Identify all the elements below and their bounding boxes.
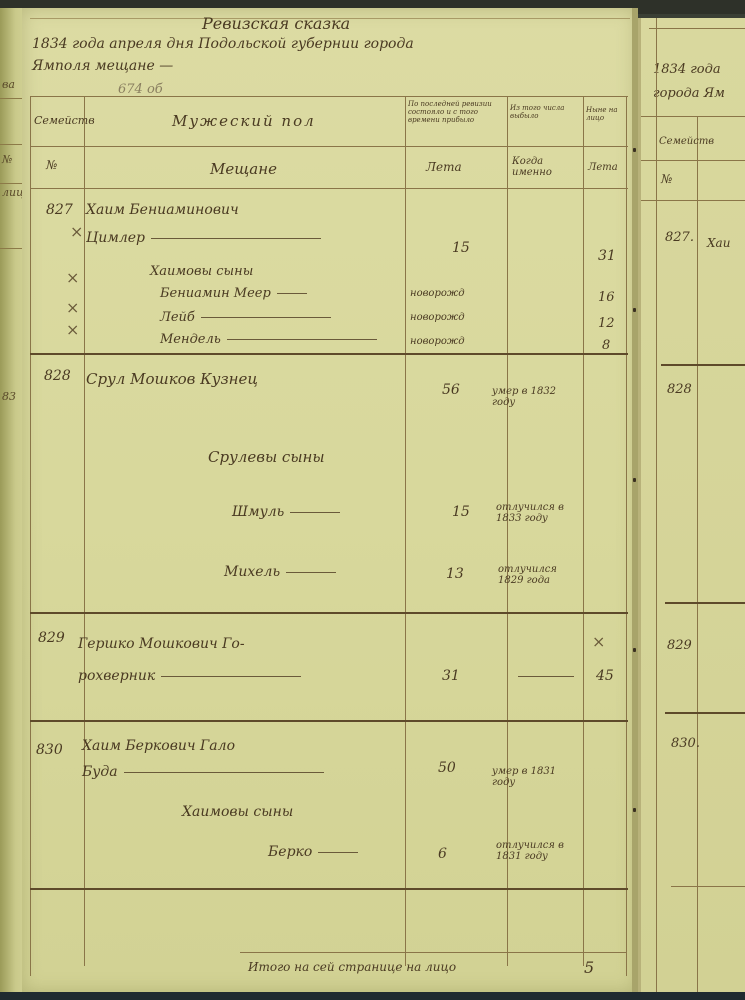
age-prev: новорожд — [410, 312, 465, 323]
facing-col-number: № — [661, 172, 672, 186]
entry-separator — [665, 602, 745, 604]
entry-name: Цимлер — [86, 230, 321, 246]
entry-name: Буда — [82, 764, 324, 780]
check-mark-icon: × — [66, 320, 79, 339]
age-now: 31 — [598, 248, 616, 264]
header-mid-rule — [30, 146, 628, 147]
column-rule — [84, 96, 85, 966]
header-estate: Ямполя мещане — — [32, 58, 173, 74]
binding-stitch — [633, 648, 636, 652]
facing-entry-number: 827. — [665, 230, 694, 245]
departed-note: отлучился в 1831 году — [496, 840, 576, 862]
age-prev: 15 — [452, 504, 470, 520]
entry-number: 830 — [36, 742, 63, 758]
column-rule — [583, 96, 584, 966]
rule-line — [649, 28, 745, 29]
entry-subheading: Срулевы сыны — [208, 448, 325, 466]
check-mark-icon: × — [70, 222, 83, 241]
col-header-townsmen: Мещане — [210, 160, 277, 178]
facing-entry-number: 830. — [671, 736, 700, 751]
entry-name: рохверник — [78, 668, 301, 684]
col-header-family: Семейств — [34, 114, 95, 127]
entry-name: Лейб — [160, 310, 331, 325]
entry-separator — [30, 612, 628, 614]
facing-header-line2: города Ям — [653, 86, 725, 101]
rule-line — [671, 886, 745, 887]
left-page-fragment: 83 — [2, 390, 16, 403]
entry-number: 829 — [38, 630, 65, 646]
entry-name: Бениамин Меер — [160, 286, 307, 301]
entry-separator — [30, 353, 628, 355]
column-rule — [405, 96, 406, 966]
rule-line — [641, 160, 745, 161]
entry-separator — [30, 720, 628, 722]
left-page-fragment: ва — [2, 78, 15, 91]
footer-total-label: Итого на сей странице на лицо — [248, 960, 456, 974]
entry-name: Гершко Мошкович Го- — [78, 636, 245, 652]
entry-name: Шмуль — [232, 504, 340, 520]
age-prev: 56 — [442, 382, 460, 398]
left-page-fragment: лиц — [2, 186, 24, 199]
age-prev: 15 — [452, 240, 470, 256]
entry-name: Хаим Бениаминович — [86, 202, 239, 218]
entry-subheading: Хаимовы сыны — [182, 804, 293, 820]
check-mark-icon: × — [66, 298, 79, 317]
age-now: 16 — [598, 290, 615, 305]
age-prev: новорожд — [410, 336, 465, 347]
archive-folio-number: 674 об — [118, 82, 163, 97]
col-header-departed: Из того числа выбыло — [510, 104, 582, 120]
entry-separator — [661, 364, 745, 366]
col-header-present: Ныне на лицо — [586, 106, 626, 122]
age-prev: 13 — [446, 566, 464, 582]
departed-note: отлучился 1829 года — [498, 564, 578, 586]
col-header-prev-revision: По последней ревизии состояло и с того в… — [408, 100, 506, 124]
age-now: 12 — [598, 316, 615, 331]
col-header-when: Когда именно — [512, 156, 582, 178]
check-mark-icon: × — [592, 632, 605, 651]
document-title: Ревизская сказка — [202, 14, 350, 33]
age-prev: 50 — [438, 760, 456, 776]
entry-subheading: Хаимовы сыны — [150, 264, 253, 279]
entry-separator — [30, 888, 628, 890]
scan-background-bottom — [0, 992, 745, 1000]
entry-number: 827 — [46, 202, 73, 218]
facing-entry-name-fragment: Хаи — [707, 236, 730, 250]
footer-total-value: 5 — [584, 958, 594, 977]
facing-entry-number: 829 — [667, 638, 692, 653]
entry-name: Хаим Беркович Гало — [82, 738, 235, 754]
header-bottom-rule — [30, 188, 628, 189]
age-now: 8 — [602, 338, 610, 353]
binding-stitch — [633, 808, 636, 812]
column-rule — [626, 96, 627, 976]
binding-stitch — [633, 478, 636, 482]
column-rule — [30, 96, 31, 976]
departed-note: умер в 1832 году — [492, 386, 572, 408]
column-rule — [507, 96, 508, 966]
age-prev: 6 — [438, 846, 447, 862]
check-mark-icon: × — [66, 268, 79, 287]
binding-stitch — [633, 308, 636, 312]
entry-separator — [665, 712, 745, 714]
column-rule — [697, 116, 698, 992]
entry-name: Берко — [268, 844, 358, 860]
entry-name: Мендель — [160, 332, 377, 347]
departed-note: умер в 1831 году — [492, 766, 572, 788]
entry-name: Срул Мошков Кузнец — [86, 370, 258, 388]
age-prev: 31 — [442, 668, 460, 684]
header-top-rule — [30, 96, 628, 97]
facing-page: 1834 года города Ям Семейств № 827. Хаи … — [638, 18, 745, 992]
facing-header-line1: 1834 года — [653, 62, 721, 77]
col-header-age: Лета — [426, 160, 462, 174]
empty-dash — [518, 676, 574, 677]
left-page-fragment: № — [2, 153, 12, 166]
col-header-male: Мужеский пол — [172, 112, 316, 130]
age-now: 45 — [596, 668, 614, 684]
rule-line — [641, 200, 745, 201]
age-prev: новорожд — [410, 288, 465, 299]
ledger-page: Ревизская сказка 1834 года апреля дня По… — [22, 8, 636, 992]
col-header-present-age: Лета — [588, 162, 618, 173]
departed-note: отлучился в 1833 году — [496, 502, 576, 524]
header-date-place: 1834 года апреля дня Подольской губернии… — [32, 36, 414, 52]
col-header-number: № — [46, 158, 57, 172]
binding-stitch — [633, 148, 636, 152]
column-rule — [656, 18, 657, 992]
facing-col-family: Семейств — [659, 136, 714, 147]
footer-rule — [240, 952, 626, 953]
entry-number: 828 — [44, 368, 71, 384]
facing-entry-number: 828 — [667, 382, 692, 397]
entry-name: Михель — [224, 564, 336, 580]
